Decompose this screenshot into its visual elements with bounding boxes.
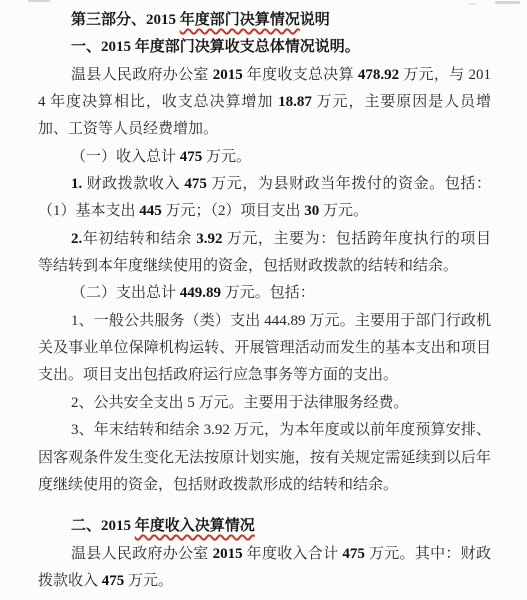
text-segment: 1. [71,176,82,192]
income-summary-paragraph: 温县人民政府办公室 2015 年度收入合计 475 万元。其中：财政拨款收入 4… [38,541,491,596]
section-2-heading: 二、2015 年度收入决算情况 [38,513,491,540]
doc-title: 第三部分、2015 年度部门决算情况说明 [38,7,491,34]
overview-paragraph: 温县人民政府办公室 2015 年度收支总决算 478.92 万元，与 2014 … [38,62,491,144]
text-segment: 年度收支总决算 [243,67,358,83]
document-body: 第三部分、2015 年度部门决算情况说明一、2015 年度部门决算收支总体情况说… [0,0,527,595]
text-segment: （一）收入总计 [71,149,180,165]
text-segment: 475 [342,546,365,562]
text-segment: 445 [139,203,162,219]
text-segment: 478.92 [358,67,399,83]
document-page: 第三部分、2015 年度部门决算情况说明一、2015 年度部门决算收支总体情况说… [0,0,527,600]
text-segment: 万元。 [319,203,368,219]
income-item-2-paragraph: 2.年初结转和结余 3.92 万元，主要为：包括跨年度执行的项目等结转到本年度继… [38,226,491,281]
text-segment: 一、2015 年度部门决算收支总体情况说明。 [71,39,360,55]
red-underlined-text: 年度收入决算情况 [135,518,255,534]
income-item-1-paragraph: 1. 财政拨款收入 475 万元，为县财政当年拨付的资金。包括：（1）基本支出 … [38,171,491,226]
text-segment: 万元。 [202,149,251,165]
expense-item-1-paragraph: 1、一般公共服务（类）支出 444.89 万元。主要用于部门行政机关及事业单位保… [38,308,491,390]
income-total-paragraph: （一）收入总计 475 万元。 [38,144,491,171]
red-underlined-text: 年度部门决算情况 [180,12,300,28]
text-segment: 475 [102,573,125,589]
text-segment: 2015 [213,67,243,83]
text-segment: 万元。包括： [221,285,315,301]
text-segment: 温县人民政府办公室 [71,67,213,83]
text-segment: 449.89 [180,285,221,301]
text-segment: 年初结转和结余 [82,231,196,247]
text-segment: 年度决算相比，收支总决算增加 [46,94,279,110]
text-segment: 1、一般公共服务（类）支出 444.89 万元。主要用于部门行政机关及事业单位保… [38,313,491,384]
text-segment: 万元；（2）项目支出 [162,203,305,219]
text-segment: 2015 [213,546,243,562]
text-segment: （二）支出总计 [71,285,180,301]
text-segment: 3.92 [196,231,222,247]
text-segment: 万元，与 [399,67,468,83]
text-segment: 2、公共安全支出 5 万元。主要用于法律服务经费。 [71,395,409,411]
text-segment: 475 [180,149,203,165]
text-segment: 说明 [300,12,330,28]
text-segment: 年度收入合计 [243,546,343,562]
text-segment: 18.87 [278,94,312,110]
text-segment: 3、年末结转和结余 3.92 万元，为本年度或以前年度预算安排、因客观条件发生变… [38,422,491,493]
text-segment: 30 [304,203,319,219]
expense-total-paragraph: （二）支出总计 449.89 万元。包括： [38,280,491,307]
text-segment: 二、2015 [71,518,135,534]
expense-item-3-paragraph: 3、年末结转和结余 3.92 万元，为本年度或以前年度预算安排、因客观条件发生变… [38,417,491,499]
text-segment: 第三部分、2015 [71,12,180,28]
text-segment: 温县人民政府办公室 [71,546,213,562]
text-segment: 财政拨款收入 [82,176,184,192]
text-segment: 万元。 [124,573,173,589]
text-segment: 475 [184,176,207,192]
text-segment: 2. [71,231,82,247]
expense-item-2-paragraph: 2、公共安全支出 5 万元。主要用于法律服务经费。 [38,390,491,417]
section-1-heading: 一、2015 年度部门决算收支总体情况说明。 [38,34,491,61]
